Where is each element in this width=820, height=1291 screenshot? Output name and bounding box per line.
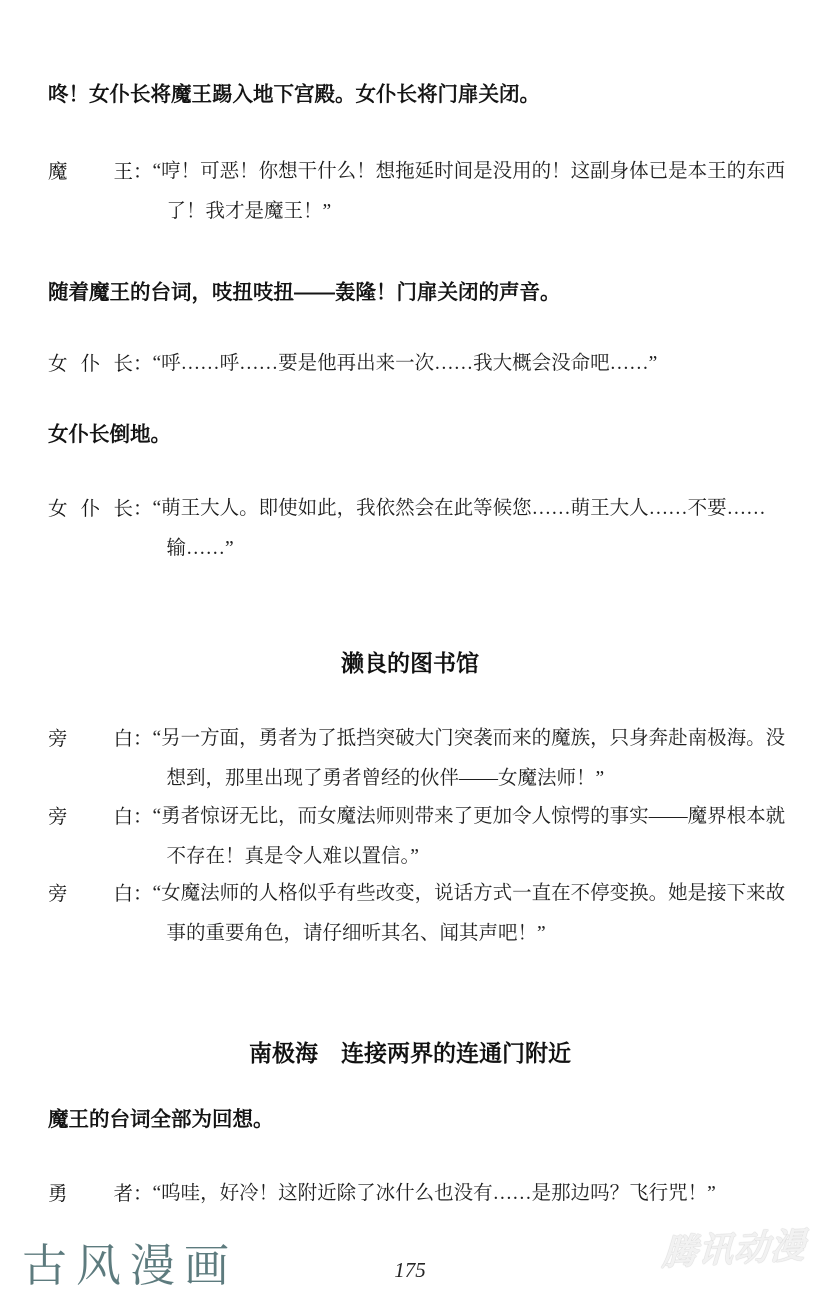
dialogue-line: 旁白： “勇者惊讶无比，而女魔法师则带来了更加令人惊愕的事实——魔界根本就不存在… [48, 797, 772, 877]
dialogue-text: “呜哇，好冷！这附近除了冰什么也没有……是那边吗？飞行咒！” [153, 1174, 787, 1214]
dialogue-text: “萌王大人。即使如此，我依然会在此等候您……萌王大人……不要……输……” [153, 489, 787, 569]
speaker-colon: ： [133, 797, 153, 837]
speaker-name: 旁白 [48, 797, 133, 837]
speaker-name: 旁白 [48, 874, 133, 914]
stage-direction: 咚！女仆长将魔王踢入地下宫殿。女仆长将门扉关闭。 [48, 82, 772, 108]
section-heading: 南极海 连接两界的连通门附近 [0, 1038, 820, 1068]
dialogue-text: “勇者惊讶无比，而女魔法师则带来了更加令人惊愕的事实——魔界根本就不存在！真是令… [153, 797, 787, 877]
stage-direction: 随着魔王的台词，吱扭吱扭——轰隆！门扉关闭的声音。 [48, 280, 772, 306]
dialogue-line: 旁白： “另一方面，勇者为了抵挡突破大门突袭而来的魔族，只身奔赴南极海。没想到，… [48, 719, 772, 799]
dialogue-text: “另一方面，勇者为了抵挡突破大门突袭而来的魔族，只身奔赴南极海。没想到，那里出现… [153, 719, 787, 799]
dialogue-text: “哼！可恶！你想干什么！想拖延时间是没用的！这副身体已是本王的东西了！我才是魔王… [153, 152, 787, 232]
tencent-comics-watermark-logo: 腾讯动漫 [661, 1228, 807, 1271]
speaker-colon: ： [133, 719, 153, 759]
stage-direction: 魔王的台词全部为回想。 [48, 1107, 772, 1133]
dialogue-text: “女魔法师的人格似乎有些改变，说话方式一直在不停变换。她是接下来故事的重要角色，… [153, 874, 787, 954]
speaker-colon: ： [133, 1174, 153, 1214]
dialogue-line: 女仆长： “萌王大人。即使如此，我依然会在此等候您……萌王大人……不要……输……… [48, 489, 772, 569]
speaker-name: 女仆长 [48, 489, 133, 529]
dialogue-line: 勇者： “呜哇，好冷！这附近除了冰什么也没有……是那边吗？飞行咒！” [48, 1174, 772, 1214]
stage-direction: 女仆长倒地。 [48, 422, 772, 448]
speaker-colon: ： [133, 152, 153, 192]
speaker-name: 勇者 [48, 1174, 133, 1214]
speaker-colon: ： [133, 344, 153, 384]
speaker-name: 旁白 [48, 719, 133, 759]
dialogue-line: 魔王： “哼！可恶！你想干什么！想拖延时间是没用的！这副身体已是本王的东西了！我… [48, 152, 772, 232]
script-page: 咚！女仆长将魔王踢入地下宫殿。女仆长将门扉关闭。 魔王： “哼！可恶！你想干什么… [0, 0, 820, 1291]
speaker-name: 魔王 [48, 152, 133, 192]
dialogue-text: “呼……呼……要是他再出来一次……我大概会没命吧……” [153, 344, 787, 384]
dialogue-line: 旁白： “女魔法师的人格似乎有些改变，说话方式一直在不停变换。她是接下来故事的重… [48, 874, 772, 954]
section-heading: 濑良的图书馆 [0, 648, 820, 678]
dialogue-line: 女仆长： “呼……呼……要是他再出来一次……我大概会没命吧……” [48, 344, 772, 384]
speaker-colon: ： [133, 489, 153, 529]
speaker-name: 女仆长 [48, 344, 133, 384]
speaker-colon: ： [133, 874, 153, 914]
